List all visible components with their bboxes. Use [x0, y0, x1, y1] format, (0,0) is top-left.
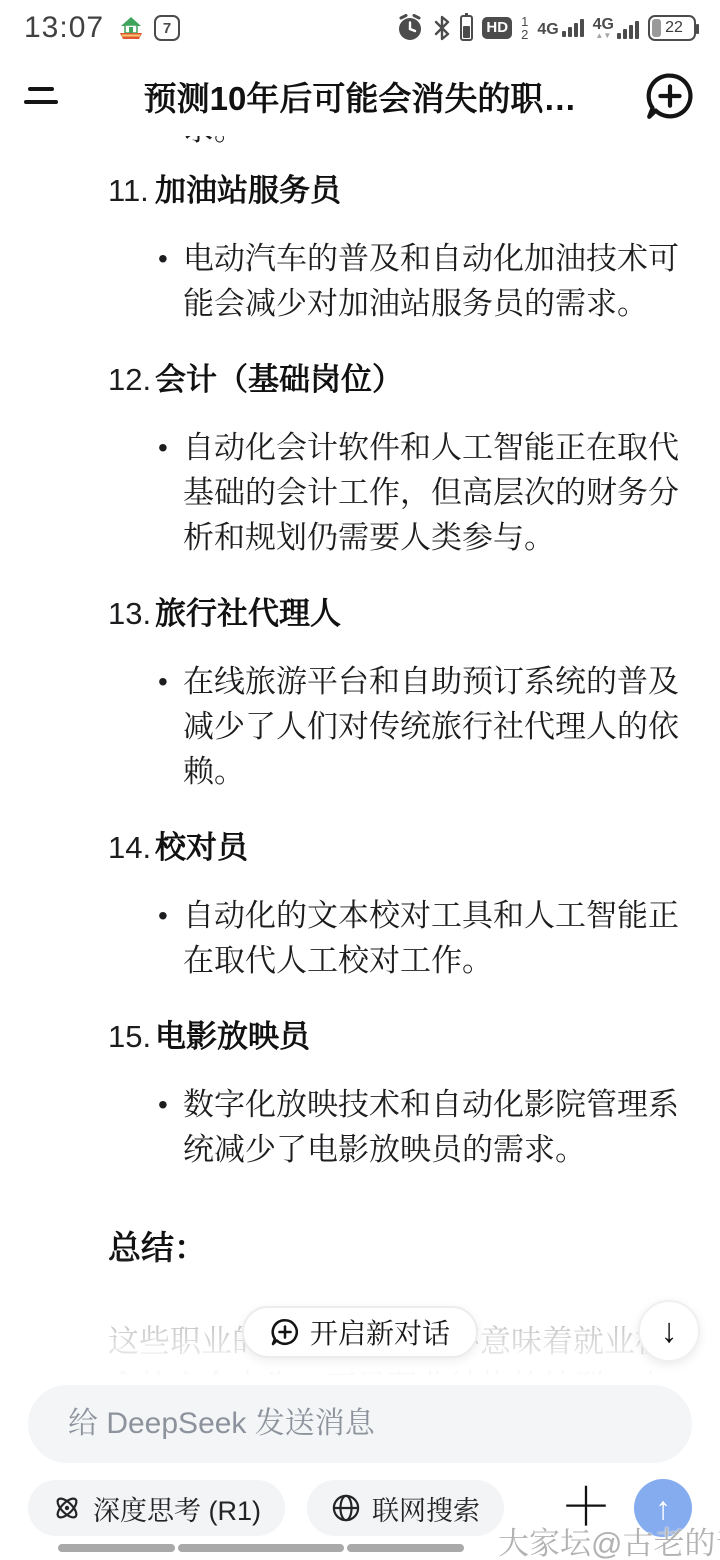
bullet-text: 在线旅游平台和自助预订系统的普及减少了人们对传统旅行社代理人的依赖。: [183, 659, 685, 794]
start-new-chat-button[interactable]: 开启新对话: [242, 1306, 478, 1358]
bullet-text: 自动化的文本校对工具和人工智能正在取代人工校对工作。: [183, 893, 685, 983]
app-header: 预测10年后可能会消失的职…: [0, 56, 720, 136]
status-bar: 13:07 7: [0, 0, 720, 56]
bullet-dot: •: [158, 425, 183, 560]
web-search-toggle[interactable]: 联网搜索: [307, 1480, 504, 1536]
list-item: 12. 会计（基础岗位） • 自动化会计软件和人工智能正在取代基础的会计工作，但…: [0, 357, 720, 560]
alarm-icon: [396, 14, 424, 42]
battery-icon: 22: [648, 15, 696, 41]
home-app-icon: [118, 15, 144, 41]
list-item: 11. 加油站服务员 • 电动汽车的普及和自动化加油技术可能会减少对加油站服务员…: [0, 168, 720, 326]
message-input-container[interactable]: [28, 1385, 692, 1463]
message-input[interactable]: [68, 1407, 652, 1441]
item-title: 加油站服务员: [155, 168, 341, 214]
signal-sim1: 4G: [537, 19, 583, 37]
atom-icon: [52, 1493, 82, 1523]
bullet-dot: •: [158, 236, 183, 326]
item-number: 15.: [108, 1014, 155, 1060]
bullet-dot: •: [158, 659, 183, 794]
item-title: 旅行社代理人: [155, 591, 341, 637]
data-arrows-icon: ▲▼: [595, 32, 611, 39]
globe-icon: [331, 1493, 361, 1523]
clock-time: 13:07: [24, 11, 104, 45]
item-number: 14.: [108, 825, 155, 871]
chat-bubble-plus-icon: [644, 70, 696, 122]
deep-think-label: 深度思考 (R1): [93, 1489, 261, 1528]
list-item: 15. 电影放映员 • 数字化放映技术和自动化影院管理系统减少了电影放映员的需求…: [0, 1014, 720, 1172]
scroll-to-bottom-button[interactable]: ↓: [638, 1300, 700, 1362]
bullet-dot: •: [158, 893, 183, 983]
bullet-text: 电动汽车的普及和自动化加油技术可能会减少对加油站服务员的需求。: [183, 236, 685, 326]
bullet-text: 数字化放映技术和自动化影院管理系统减少了电影放映员的需求。: [183, 1082, 685, 1172]
arrow-down-icon: ↓: [661, 1312, 678, 1351]
new-chat-button[interactable]: [644, 70, 696, 122]
sim-indicator: 1 2: [521, 15, 528, 41]
item-title: 电影放映员: [155, 1014, 310, 1060]
item-number: 11.: [108, 168, 155, 214]
chat-scroll-area[interactable]: 求。 11. 加油站服务员 • 电动汽车的普及和自动化加油技术可能会减少对加油站…: [0, 0, 720, 1375]
chat-bubble-plus-icon: [270, 1317, 300, 1347]
bullet-dot: •: [158, 1082, 183, 1172]
bullet-text: 自动化会计软件和人工智能正在取代基础的会计工作，但高层次的财务分析和规划仍需要人…: [183, 425, 685, 560]
assistant-message: 11. 加油站服务员 • 电动汽车的普及和自动化加油技术可能会减少对加油站服务员…: [0, 168, 720, 1375]
start-new-chat-label: 开启新对话: [310, 1312, 450, 1352]
volte-hd-icon: HD: [482, 17, 512, 39]
item-title: 校对员: [155, 825, 248, 871]
watermark-text: 大家坛@古老的音: [498, 1518, 720, 1560]
floating-window-icon: 7: [154, 15, 180, 41]
signal-bars-icon: [562, 19, 584, 37]
accessory-battery-icon: [460, 15, 473, 41]
item-title: 会计（基础岗位）: [155, 357, 403, 403]
conversation-title: 预测10年后可能会消失的职…: [144, 73, 577, 120]
list-item: 14. 校对员 • 自动化的文本校对工具和人工智能正在取代人工校对工作。: [0, 825, 720, 983]
menu-icon[interactable]: [24, 83, 60, 109]
item-number: 13.: [108, 591, 155, 637]
deep-think-toggle[interactable]: 深度思考 (R1): [28, 1480, 285, 1536]
signal-sim2: 4G ▲▼: [593, 18, 639, 39]
signal-bars-icon: [617, 21, 639, 39]
list-item: 13. 旅行社代理人 • 在线旅游平台和自助预订系统的普及减少了人们对传统旅行社…: [0, 591, 720, 794]
bluetooth-icon: [433, 15, 451, 41]
web-search-label: 联网搜索: [372, 1489, 480, 1528]
item-number: 12.: [108, 357, 155, 403]
